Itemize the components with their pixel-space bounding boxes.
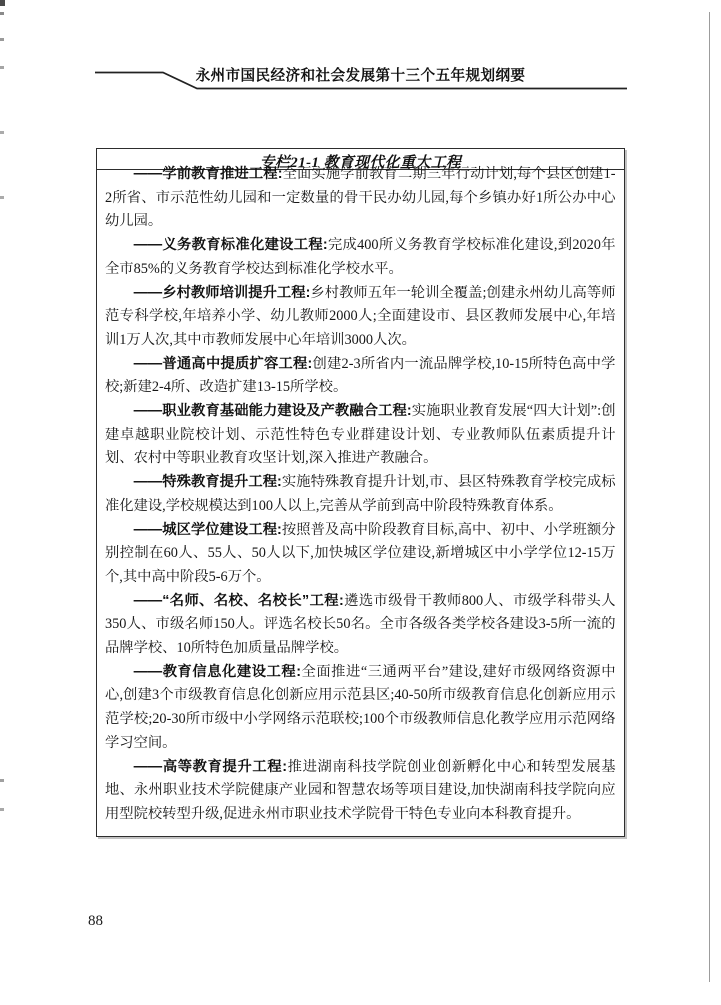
box-paragraph: ——普通高中提质扩容工程:创建2-3所省内一流品牌学校,10-15所特色高中学校…	[105, 353, 616, 400]
feature-box-body: ——学前教育推进工程:全面实施学前教育二期三年行动计划,每个县区创建1-2所省、…	[97, 163, 624, 827]
box-paragraph: ——特殊教育提升工程:实施特殊教育提升计划,市、县区特殊教育学校完成标准化建设,…	[105, 471, 616, 518]
page-header-title: 永州市国民经济和社会发展第十三个五年规划纲要	[0, 64, 721, 85]
box-paragraph: ——教育信息化建设工程:全面推进“三通两平台”建设,建好市级网络资源中心,创建3…	[105, 661, 616, 756]
box-paragraph: ——高等教育提升工程:推进湖南科技学院创业创新孵化中心和转型发展基地、永州职业技…	[105, 756, 616, 827]
paragraph-lead: ——高等教育提升工程:	[134, 759, 287, 775]
feature-box: 专栏21-1 教育现代化重大工程 ——学前教育推进工程:全面实施学前教育二期三年…	[96, 148, 625, 837]
paragraph-lead: ——教育信息化建设工程:	[134, 664, 301, 680]
box-paragraph: ——学前教育推进工程:全面实施学前教育二期三年行动计划,每个县区创建1-2所省、…	[105, 163, 616, 234]
scan-artifact	[0, 12, 4, 15]
scan-artifact	[0, 0, 5, 6]
paragraph-lead: ——普通高中提质扩容工程:	[134, 356, 313, 372]
paragraph-lead: ——乡村教师培训提升工程:	[134, 285, 311, 301]
paragraph-lead: ——特殊教育提升工程:	[134, 474, 282, 490]
page-number: 88	[88, 913, 103, 930]
box-paragraph: ——城区学位建设工程:按照普及高中阶段教育目标,高中、初中、小学班额分别控制在6…	[105, 519, 616, 590]
scan-artifact	[0, 38, 4, 41]
document-page: 永州市国民经济和社会发展第十三个五年规划纲要 专栏21-1 教育现代化重大工程 …	[0, 0, 721, 1005]
header-rule	[0, 0, 721, 110]
scan-artifact	[0, 131, 4, 134]
scan-artifact	[0, 66, 4, 69]
paragraph-lead: ——“名师、名校、名校长”工程:	[134, 593, 344, 609]
scan-edge-line	[709, 12, 711, 982]
box-paragraph: ——义务教育标准化建设工程:完成400所义务教育学校标准化建设,到2020年全市…	[105, 234, 616, 281]
scan-artifact	[0, 779, 4, 782]
box-paragraph: ——职业教育基础能力建设及产教融合工程:实施职业教育发展“四大计划”:创建卓越职…	[105, 400, 616, 471]
paragraph-lead: ——学前教育推进工程:	[134, 166, 283, 182]
box-paragraph: ——乡村教师培训提升工程:乡村教师五年一轮训全覆盖;创建永州幼儿高等师范专科学校…	[105, 282, 616, 353]
box-paragraph: ——“名师、名校、名校长”工程:遴选市级骨干教师800人、市级学科带头人350人…	[105, 590, 616, 661]
paragraph-lead: ——城区学位建设工程:	[134, 522, 282, 538]
scan-artifact	[0, 808, 4, 811]
paragraph-lead: ——义务教育标准化建设工程:	[134, 237, 328, 253]
paragraph-lead: ——职业教育基础能力建设及产教融合工程:	[134, 403, 412, 419]
scan-artifact	[0, 196, 4, 199]
